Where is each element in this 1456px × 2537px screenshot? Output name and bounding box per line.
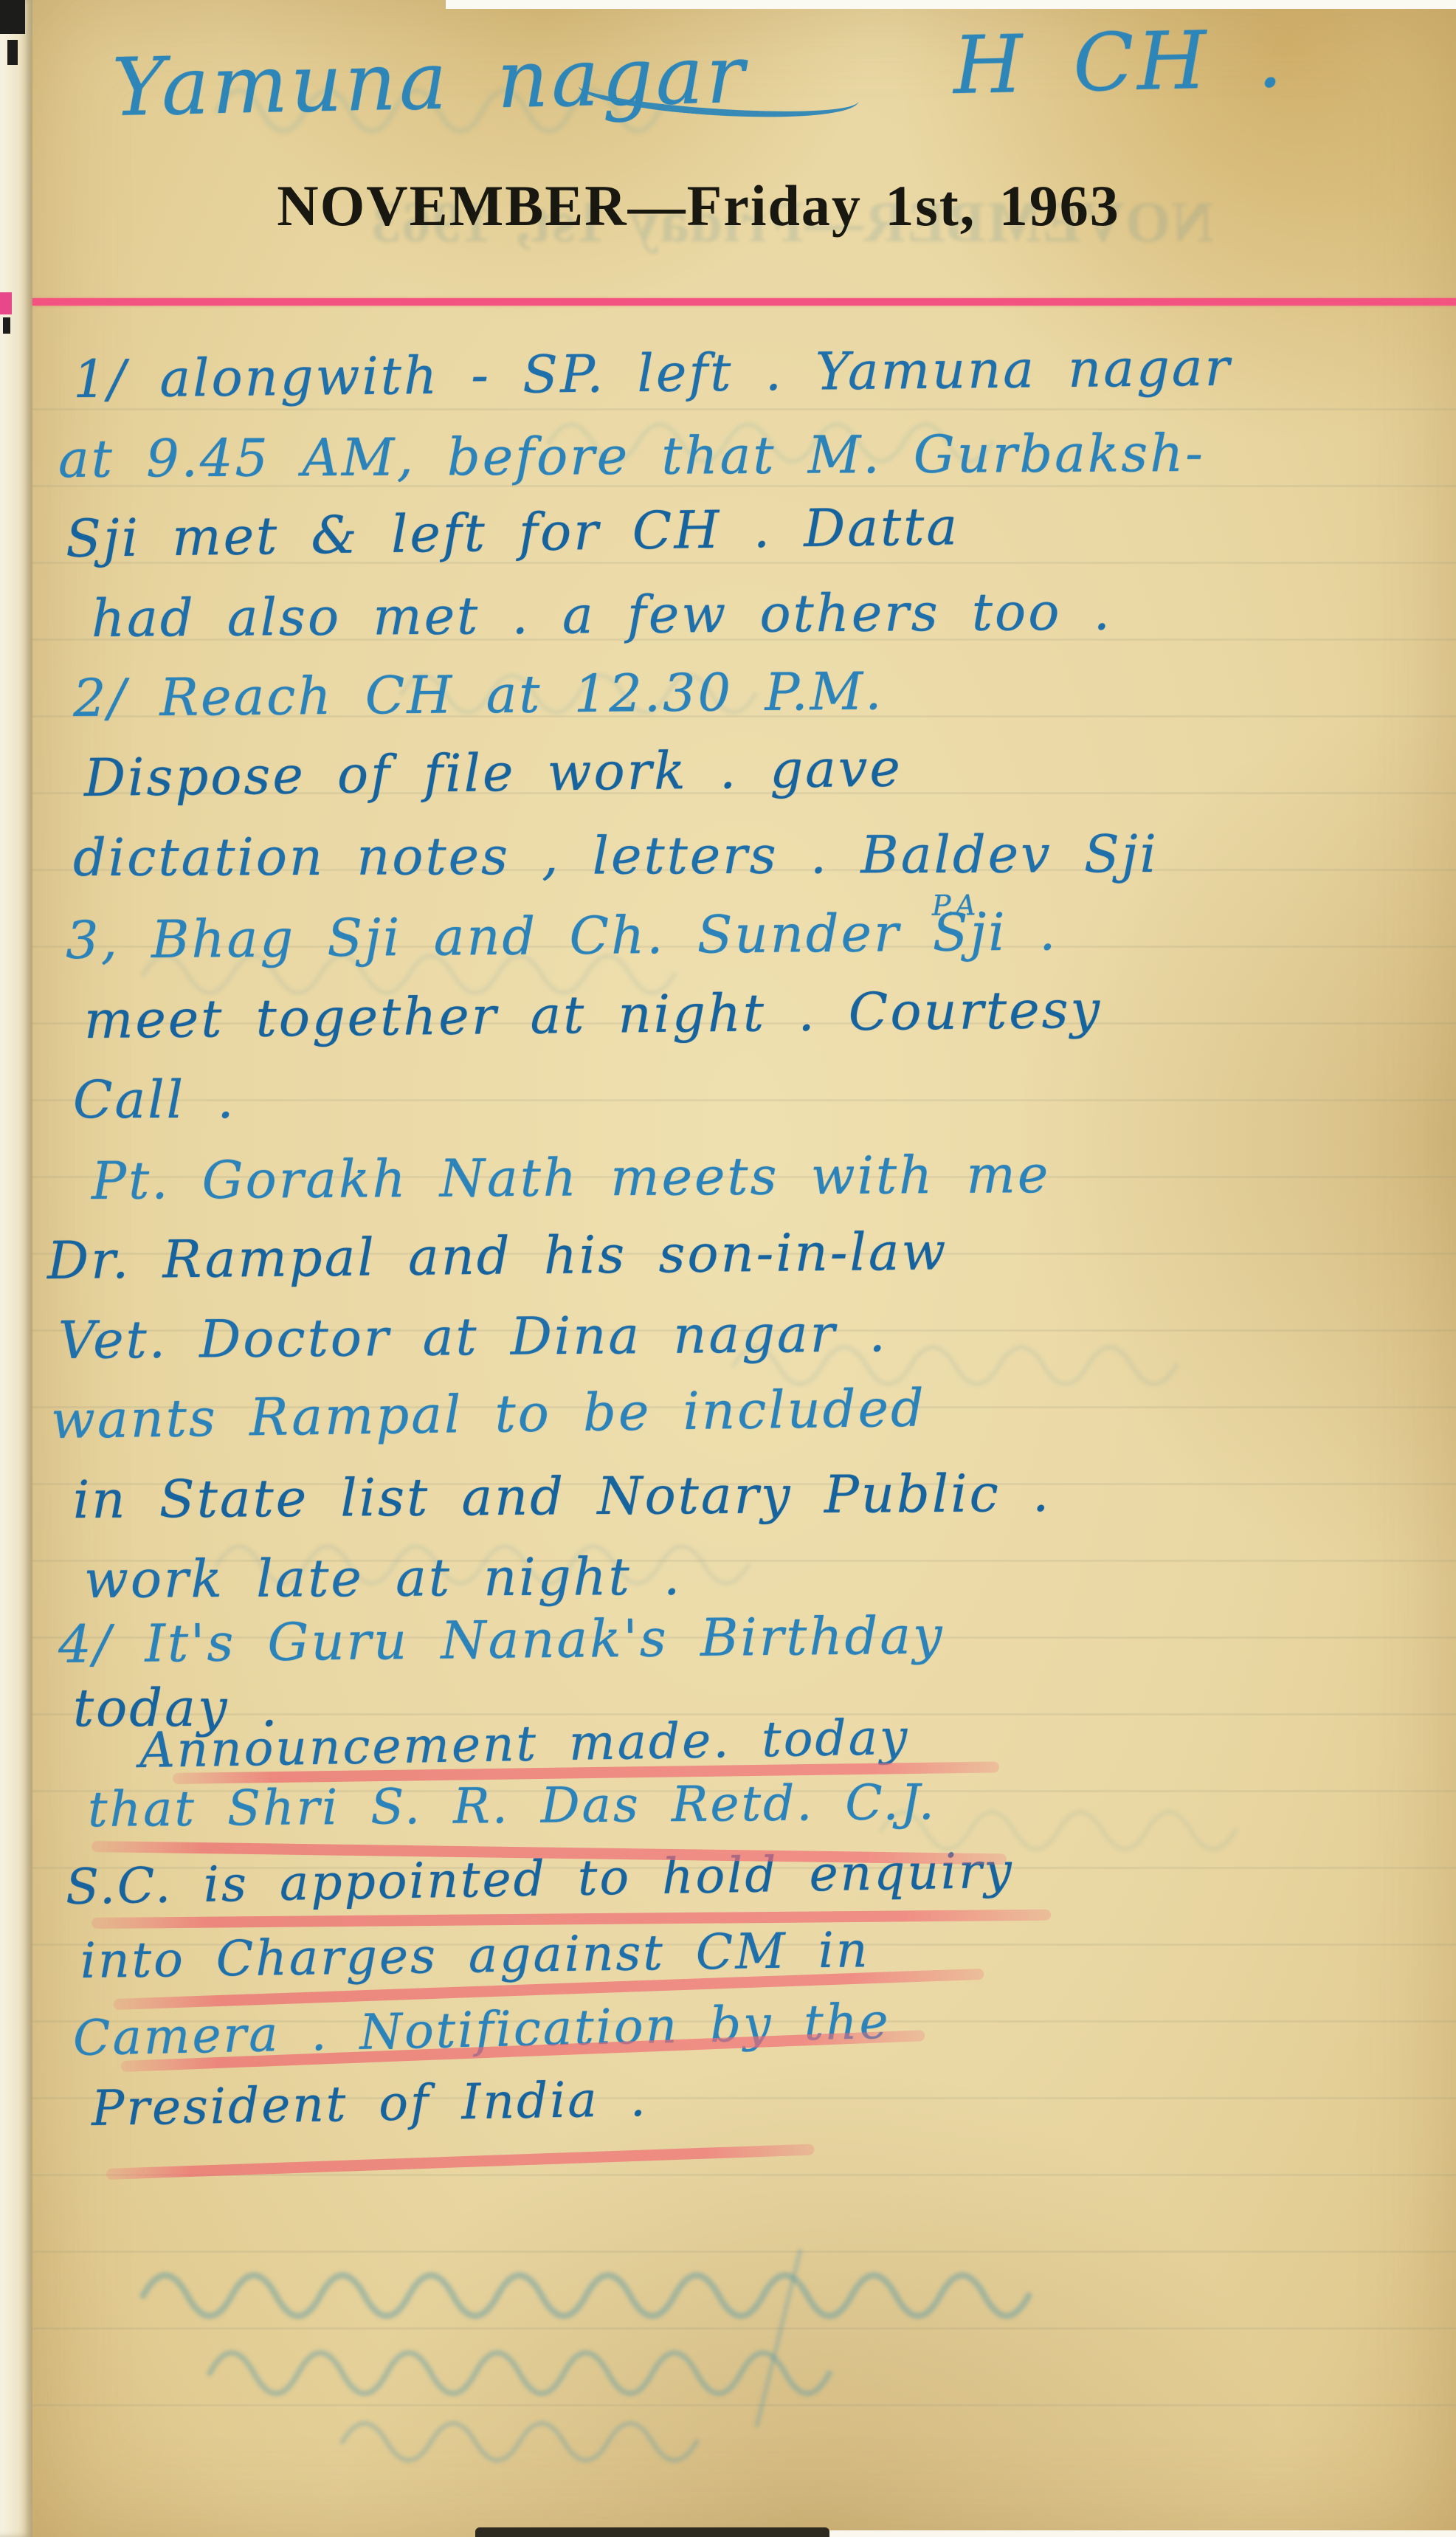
handwriting-text: 1/ alongwith - SP. left . Yamuna nagar bbox=[73, 337, 1232, 410]
scan-artifact bbox=[7, 40, 18, 65]
pink-divider-rule bbox=[32, 298, 1456, 306]
handwritten-line: Sji met & left for CH . Datta bbox=[65, 488, 959, 577]
handwriting-text: 3, Bhag Sji and Ch. Sunder Sji . bbox=[66, 901, 1058, 971]
handwritten-line: dictation notes , letters . Baldev Sji bbox=[73, 816, 1159, 896]
handwriting-text: Pt. Gorakh Nath meets with me bbox=[92, 1144, 1051, 1211]
header-text: NOVEMBER—Friday 1st, 1963 bbox=[277, 173, 1120, 239]
handwriting-text: meet together at night . Courtesy bbox=[84, 980, 1103, 1050]
printed-date-header: NOVEMBER—Friday 1st, 1963 NOVEMBER—Frida… bbox=[32, 173, 1456, 239]
handwritten-line: Dr. Rampal and his son-in-law bbox=[46, 1213, 948, 1299]
handwriting-text: Sji met & left for CH . Datta bbox=[65, 496, 959, 569]
handwriting-text: Call . bbox=[73, 1070, 236, 1130]
route-to: H CH . bbox=[952, 0, 1286, 129]
handwritten-line: 3, Bhag Sji and Ch. Sunder Sji .P.A. bbox=[66, 894, 987, 979]
handwriting-text: 2/ Reach CH at 12.30 P.M. bbox=[73, 661, 884, 729]
handwriting-text: at 9.45 AM, before that M. Gurbaksh- bbox=[58, 423, 1205, 489]
handwriting-text: wants Rampal to be included bbox=[50, 1377, 926, 1450]
handwritten-line: Dispose of file work . gave bbox=[83, 729, 903, 816]
handwriting-text: dictation notes , letters . Baldev Sji bbox=[73, 824, 1159, 888]
scan-artifact bbox=[3, 317, 10, 334]
handwritten-line: 2/ Reach CH at 12.30 P.M. bbox=[73, 653, 884, 737]
handwritten-line: meet together at night . Courtesy bbox=[83, 971, 1102, 1058]
handwriting-text: Dr. Rampal and his son-in-law bbox=[47, 1221, 948, 1291]
torn-bottom-edge bbox=[475, 2527, 829, 2537]
handwritten-line: Call . bbox=[73, 1061, 236, 1138]
handwriting-text: President of India . bbox=[91, 2070, 648, 2137]
handwriting-text: in State list and Notary Public . bbox=[73, 1463, 1052, 1530]
handwritten-line: Pt. Gorakh Nath meets with me bbox=[92, 1136, 1051, 1219]
handwritten-line: at 9.45 AM, before that M. Gurbaksh- bbox=[58, 415, 1205, 498]
diary-scan: { "page": { "top_note_from": "Yamuna nag… bbox=[0, 0, 1456, 2537]
handwritten-line: wants Rampal to be included bbox=[50, 1369, 926, 1459]
handwriting-text: 4/ It's Guru Nanak's Birthday bbox=[58, 1605, 945, 1675]
pink-edge-mark bbox=[0, 292, 12, 314]
handwritten-line: 1/ alongwith - SP. left . Yamuna nagar bbox=[72, 329, 1232, 418]
book-spine-edge bbox=[0, 0, 32, 2537]
diary-page: Yamuna nagar H CH . NOVEMBER—Friday 1st,… bbox=[32, 0, 1456, 2537]
handwriting-text: Dispose of file work . gave bbox=[83, 737, 903, 808]
handwritten-line: had also met . a few others too . bbox=[92, 573, 1113, 657]
scan-edge bbox=[446, 0, 1456, 9]
scan-edge bbox=[829, 2530, 1456, 2537]
superscript-note: P.A. bbox=[932, 889, 987, 922]
handwritten-line: in State list and Notary Public . bbox=[73, 1455, 1052, 1538]
handwriting-text: Vet. Doctor at Dina nagar . bbox=[58, 1303, 888, 1371]
scan-artifact bbox=[0, 0, 25, 34]
handwriting-text: had also met . a few others too . bbox=[92, 581, 1112, 649]
handwritten-line: Vet. Doctor at Dina nagar . bbox=[58, 1295, 889, 1379]
handwritten-line: President of India . bbox=[91, 2061, 648, 2147]
